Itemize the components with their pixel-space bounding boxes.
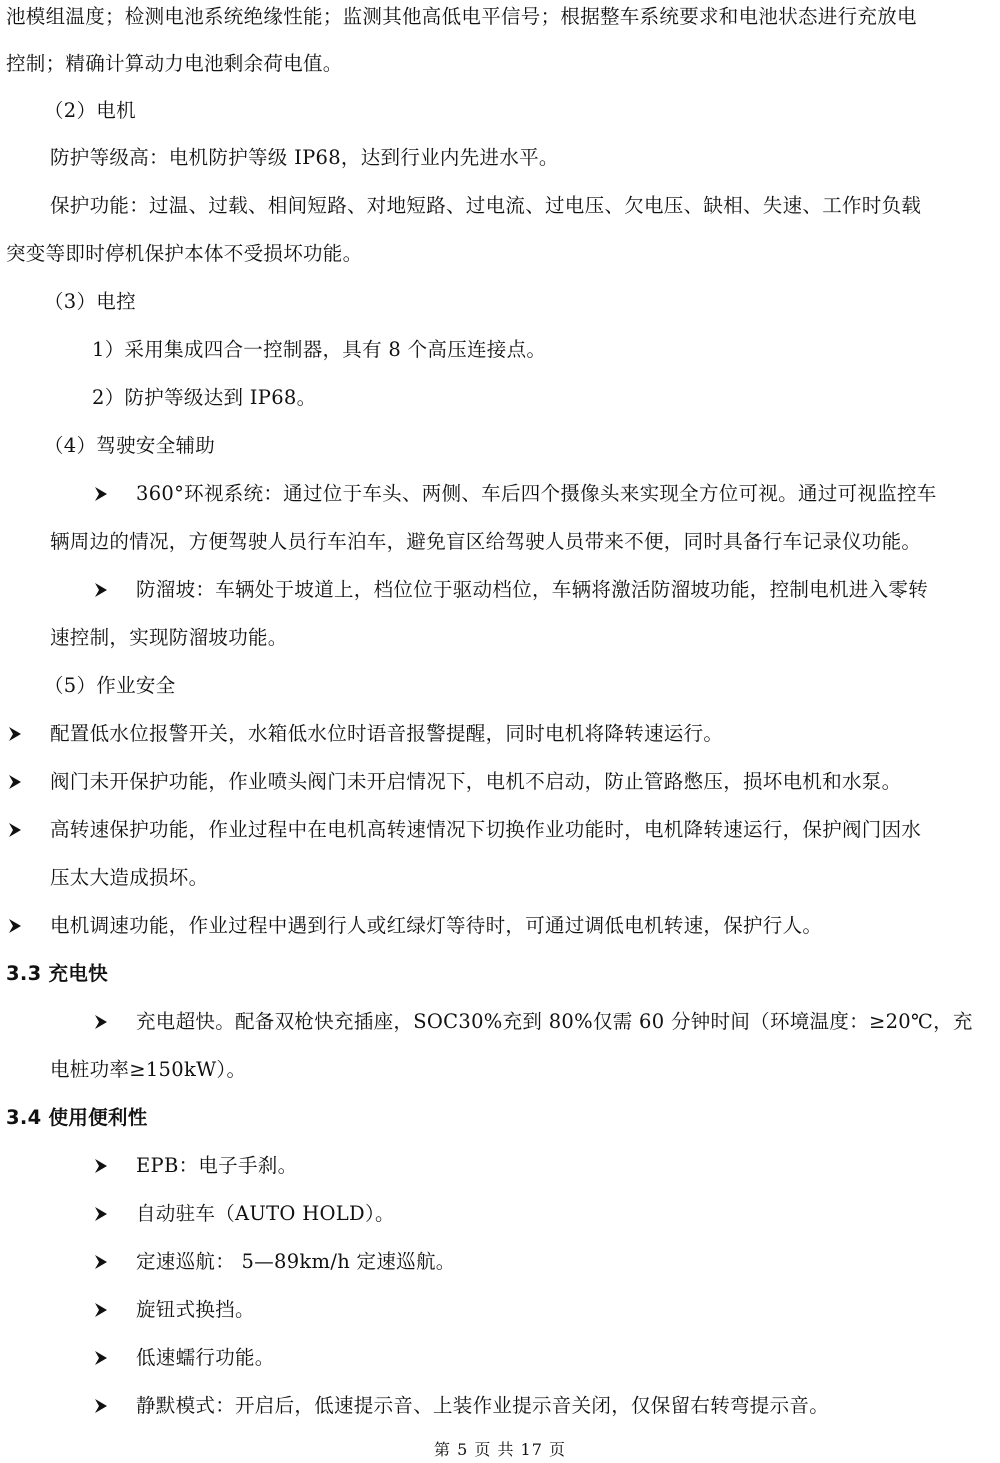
arrowhead-bullet-icon bbox=[94, 1398, 106, 1414]
page-number-footer: 第 5 页 共 17 页 bbox=[0, 1437, 1000, 1460]
bullet-item-text: 定速巡航： 5—89km/h 定速巡航。 bbox=[136, 1250, 456, 1274]
bullet-item-text: 防溜坡：车辆处于坡道上，档位位于驱动档位，车辆将激活防溜坡功能，控制电机进入零转 bbox=[136, 578, 928, 602]
subsection-title-driving-safety: （4）驾驶安全辅助 bbox=[44, 434, 215, 458]
paragraph-line: 压太大造成损坏。 bbox=[50, 866, 208, 890]
paragraph-line: 池模组温度；检测电池系统绝缘性能；监测其他高低电平信号；根据整车系统要求和电池状… bbox=[6, 5, 917, 29]
bullet-item-text: 充电超快。配备双枪快充插座，SOC30%充到 80%仅需 60 分钟时间（环境温… bbox=[136, 1010, 973, 1034]
arrowhead-bullet-icon bbox=[94, 1254, 106, 1270]
paragraph-line: 控制；精确计算动力电池剩余荷电值。 bbox=[6, 52, 343, 76]
arrowhead-bullet-icon bbox=[8, 726, 20, 742]
paragraph-line: 电桩功率≥150kW）。 bbox=[50, 1058, 246, 1082]
arrowhead-bullet-icon bbox=[94, 582, 106, 598]
subsection-title-work-safety: （5）作业安全 bbox=[44, 674, 176, 698]
arrowhead-bullet-icon bbox=[94, 1014, 106, 1030]
bullet-item-text: 高转速保护功能，作业过程中在电机高转速情况下切换作业功能时，电机降转速运行，保护… bbox=[50, 818, 921, 842]
arrowhead-bullet-icon bbox=[94, 1302, 106, 1318]
list-item: 2）防护等级达到 IP68。 bbox=[92, 386, 316, 410]
bullet-item-text: 静默模式：开启后，低速提示音、上装作业提示音关闭，仅保留右转弯提示音。 bbox=[136, 1394, 829, 1418]
section-heading-fast-charging: 3.3 充电快 bbox=[6, 962, 108, 986]
bullet-item-text: 旋钮式换挡。 bbox=[136, 1298, 255, 1322]
arrowhead-bullet-icon bbox=[8, 822, 20, 838]
list-item: 1）采用集成四合一控制器，具有 8 个高压连接点。 bbox=[92, 338, 546, 362]
bullet-item-text: 自动驻车（AUTO HOLD）。 bbox=[136, 1202, 395, 1226]
paragraph-line: 保护功能：过温、过载、相间短路、对地短路、过电流、过电压、欠电压、缺相、失速、工… bbox=[50, 194, 921, 218]
arrowhead-bullet-icon bbox=[94, 1350, 106, 1366]
subsection-title-motor: （2）电机 bbox=[44, 99, 136, 123]
bullet-item-text: EPB：电子手刹。 bbox=[136, 1154, 297, 1178]
bullet-item-text: 阀门未开保护功能，作业喷头阀门未开启情况下，电机不启动，防止管路憋压，损坏电机和… bbox=[50, 770, 901, 794]
arrowhead-bullet-icon bbox=[94, 1206, 106, 1222]
arrowhead-bullet-icon bbox=[8, 774, 20, 790]
arrowhead-bullet-icon bbox=[94, 486, 106, 502]
arrowhead-bullet-icon bbox=[94, 1158, 106, 1174]
section-heading-convenience: 3.4 使用便利性 bbox=[6, 1106, 148, 1130]
bullet-item-text: 电机调速功能，作业过程中遇到行人或红绿灯等待时，可通过调低电机转速，保护行人。 bbox=[50, 914, 822, 938]
arrowhead-bullet-icon bbox=[8, 918, 20, 934]
paragraph-line: 辆周边的情况，方便驾驶人员行车泊车，避免盲区给驾驶人员带来不便，同时具备行车记录… bbox=[50, 530, 921, 554]
bullet-item-text: 360°环视系统：通过位于车头、两侧、车后四个摄像头来实现全方位可视。通过可视监… bbox=[136, 482, 937, 506]
bullet-item-text: 低速蠕行功能。 bbox=[136, 1346, 275, 1370]
paragraph-line: 突变等即时停机保护本体不受损坏功能。 bbox=[6, 242, 362, 266]
paragraph-line: 防护等级高：电机防护等级 IP68，达到行业内先进水平。 bbox=[50, 146, 559, 170]
bullet-item-text: 配置低水位报警开关，水箱低水位时语音报警提醒，同时电机将降转速运行。 bbox=[50, 722, 723, 746]
subsection-title-control: （3）电控 bbox=[44, 290, 136, 314]
paragraph-line: 速控制，实现防溜坡功能。 bbox=[50, 626, 288, 650]
